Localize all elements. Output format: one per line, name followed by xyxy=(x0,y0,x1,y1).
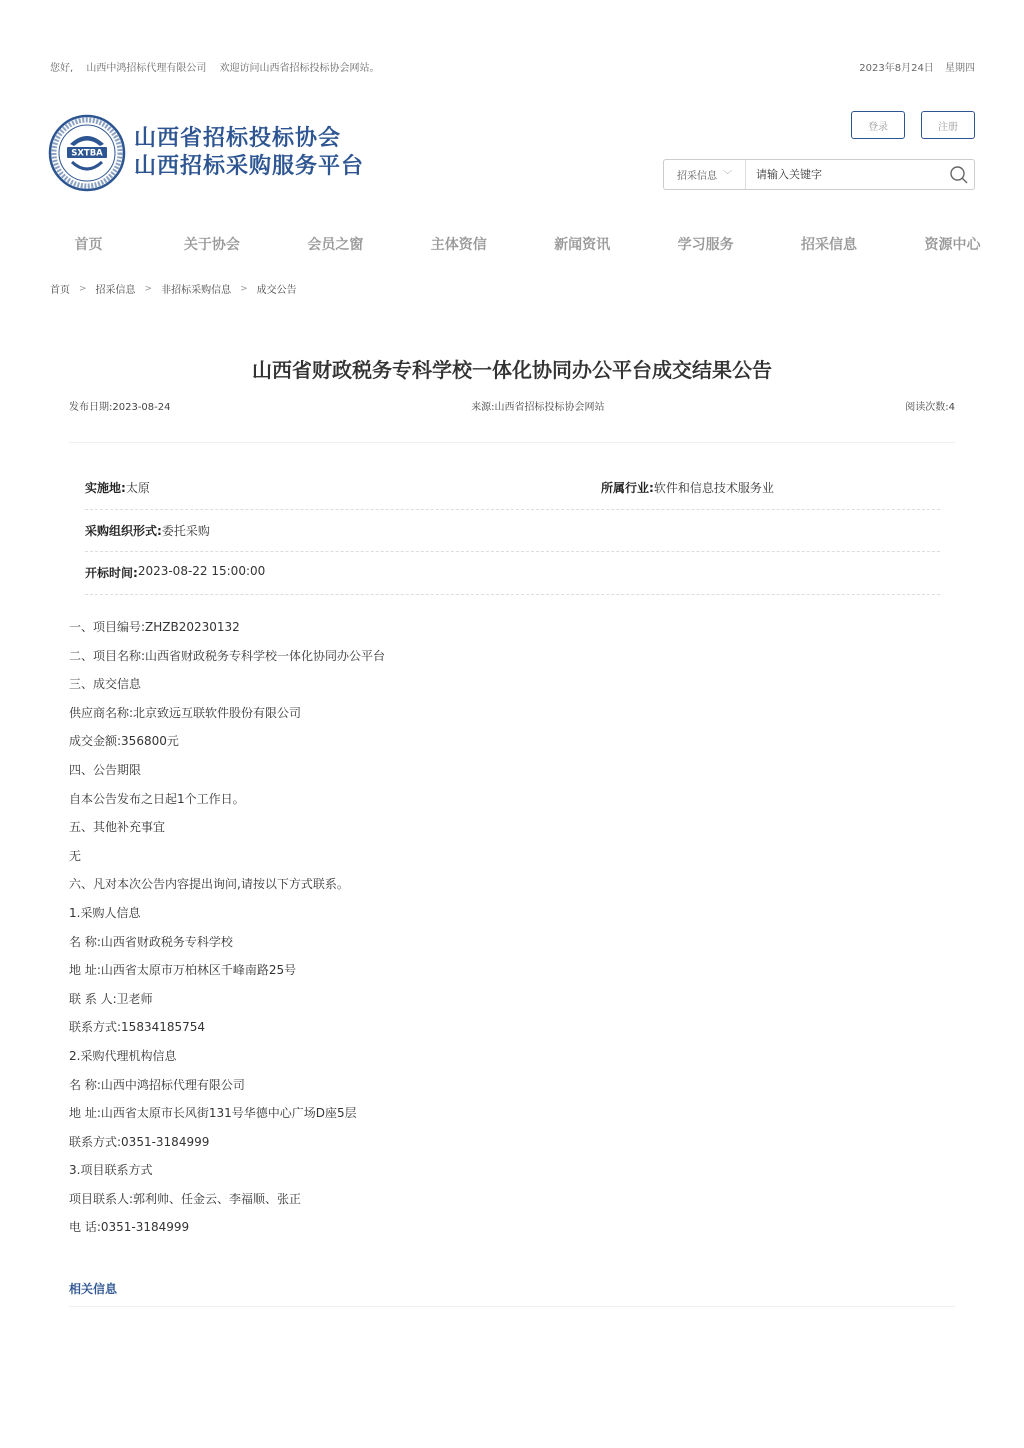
body-line: 地 址:山西省太原市长风街131号华德中心广场D座5层 xyxy=(69,1099,385,1128)
welcome-message: 您好, 山西中鸿招标代理有限公司 欢迎访问山西省招标投标协会网站。 xyxy=(50,59,390,74)
body-line: 2.采购代理机构信息 xyxy=(69,1042,385,1071)
user-company: 山西中鸿招标代理有限公司 xyxy=(86,63,206,74)
body-line: 五、其他补充事宜 xyxy=(69,813,385,842)
body-line: 名 称:山西中鸿招标代理有限公司 xyxy=(69,1071,385,1100)
publish-date: 发布日期:2023-08-24 xyxy=(69,398,170,413)
breadcrumb: 首页 > 招采信息 > 非招标采购信息 > 成交公告 xyxy=(50,281,297,296)
nav-item-learning[interactable]: 学习服务 xyxy=(646,233,765,257)
body-line: 联系方式:15834185754 xyxy=(69,1013,385,1042)
main-nav: 首页 关于协会 会员之窗 主体资信 新闻资讯 学习服务 招采信息 资源中心 xyxy=(29,233,1012,257)
body-line: 电 话:0351-3184999 xyxy=(69,1213,385,1242)
industry-label: 所属行业: xyxy=(601,479,654,496)
search-category-label: 招采信息 xyxy=(677,167,717,182)
body-line: 地 址:山西省太原市万柏林区千峰南路25号 xyxy=(69,956,385,985)
info-row: 开标时间: 2023-08-22 15:00:00 xyxy=(85,552,940,595)
open-time-value: 2023-08-22 15:00:00 xyxy=(138,564,265,581)
article-body: 一、项目编号:ZHZB20230132 二、项目名称:山西省财政税务专科学校一体… xyxy=(69,613,385,1242)
info-row: 实施地: 太原 所属行业: 软件和信息技术服务业 xyxy=(85,467,940,510)
search-icon[interactable] xyxy=(944,160,974,189)
source: 来源:山西省招标投标协会网站 xyxy=(471,398,604,413)
association-emblem-icon: SXTBA xyxy=(48,114,126,192)
breadcrumb-procurement[interactable]: 招采信息 xyxy=(96,281,136,296)
body-line: 二、项目名称:山西省财政税务专科学校一体化协同办公平台 xyxy=(69,642,385,671)
logo-line-1: 山西省招标投标协会 xyxy=(134,125,364,153)
body-line: 自本公告发布之日起1个工作日。 xyxy=(69,785,385,814)
info-row: 采购组织形式: 委托采购 xyxy=(85,510,940,553)
date: 2023年8月24日 xyxy=(859,63,934,74)
chevron-right-icon: > xyxy=(240,284,248,294)
current-date: 2023年8月24日 星期四 xyxy=(851,59,975,74)
location-value: 太原 xyxy=(126,479,150,496)
nav-item-credit[interactable]: 主体资信 xyxy=(399,233,518,257)
body-line: 3.项目联系方式 xyxy=(69,1156,385,1185)
body-line: 名 称:山西省财政税务专科学校 xyxy=(69,928,385,957)
nav-item-members[interactable]: 会员之窗 xyxy=(276,233,395,257)
body-line: 联 系 人:卫老师 xyxy=(69,985,385,1014)
nav-item-about[interactable]: 关于协会 xyxy=(152,233,271,257)
body-line: 一、项目编号:ZHZB20230132 xyxy=(69,613,385,642)
breadcrumb-current[interactable]: 成交公告 xyxy=(257,281,297,296)
greeting: 您好, xyxy=(50,63,73,74)
nav-item-home[interactable]: 首页 xyxy=(29,233,148,257)
logo-line-2: 山西招标采购服务平台 xyxy=(134,153,364,181)
breadcrumb-non-tender[interactable]: 非招标采购信息 xyxy=(161,281,231,296)
weekday: 星期四 xyxy=(945,63,975,74)
location-field: 实施地: 太原 xyxy=(85,479,601,496)
divider xyxy=(69,1306,955,1307)
body-line: 联系方式:0351-3184999 xyxy=(69,1128,385,1157)
search-input[interactable] xyxy=(746,160,944,189)
body-line: 成交金额:356800元 xyxy=(69,727,385,756)
top-bar: 您好, 山西中鸿招标代理有限公司 欢迎访问山西省招标投标协会网站。 2023年8… xyxy=(50,58,975,74)
search-category-select[interactable]: 招采信息 ﹀ xyxy=(664,160,746,189)
search-bar: 招采信息 ﹀ xyxy=(663,159,975,190)
open-time-label: 开标时间: xyxy=(85,564,138,581)
login-button[interactable]: 登录 xyxy=(851,111,905,139)
industry-value: 软件和信息技术服务业 xyxy=(654,479,774,496)
chevron-down-icon: ﹀ xyxy=(723,168,732,181)
nav-item-resources[interactable]: 资源中心 xyxy=(893,233,1012,257)
article-meta: 发布日期:2023-08-24 来源:山西省招标投标协会网站 阅读次数:4 xyxy=(69,398,955,413)
nav-item-procurement[interactable]: 招采信息 xyxy=(770,233,889,257)
body-line: 四、公告期限 xyxy=(69,756,385,785)
body-line: 项目联系人:郭利帅、任金云、李福顺、张正 xyxy=(69,1185,385,1214)
site-logo[interactable]: SXTBA 山西省招标投标协会 山西招标采购服务平台 xyxy=(48,114,364,192)
body-line: 无 xyxy=(69,842,385,871)
chevron-right-icon: > xyxy=(145,284,153,294)
open-time-field: 开标时间: 2023-08-22 15:00:00 xyxy=(85,564,265,581)
breadcrumb-home[interactable]: 首页 xyxy=(50,281,70,296)
org-form-label: 采购组织形式: xyxy=(85,522,162,539)
register-button[interactable]: 注册 xyxy=(921,111,975,139)
logo-text: 山西省招标投标协会 山西招标采购服务平台 xyxy=(134,125,364,181)
svg-text:SXTBA: SXTBA xyxy=(71,149,103,159)
nav-item-news[interactable]: 新闻资讯 xyxy=(523,233,642,257)
industry-field: 所属行业: 软件和信息技术服务业 xyxy=(601,479,774,496)
auth-buttons: 登录 注册 xyxy=(851,111,975,139)
welcome-text: 欢迎访问山西省招标投标协会网站。 xyxy=(220,63,380,74)
location-label: 实施地: xyxy=(85,479,126,496)
body-line: 1.采购人信息 xyxy=(69,899,385,928)
divider xyxy=(69,442,955,443)
body-line: 六、凡对本次公告内容提出询问,请按以下方式联系。 xyxy=(69,870,385,899)
view-count: 阅读次数:4 xyxy=(905,398,955,413)
related-info-heading: 相关信息 xyxy=(69,1280,117,1297)
page-title: 山西省财政税务专科学校一体化协同办公平台成交结果公告 xyxy=(0,354,1024,383)
org-form-value: 委托采购 xyxy=(162,522,210,539)
body-line: 三、成交信息 xyxy=(69,670,385,699)
org-form-field: 采购组织形式: 委托采购 xyxy=(85,522,210,539)
info-table: 实施地: 太原 所属行业: 软件和信息技术服务业 采购组织形式: 委托采购 开标… xyxy=(85,467,940,595)
body-line: 供应商名称:北京致远互联软件股份有限公司 xyxy=(69,699,385,728)
chevron-right-icon: > xyxy=(79,284,87,294)
